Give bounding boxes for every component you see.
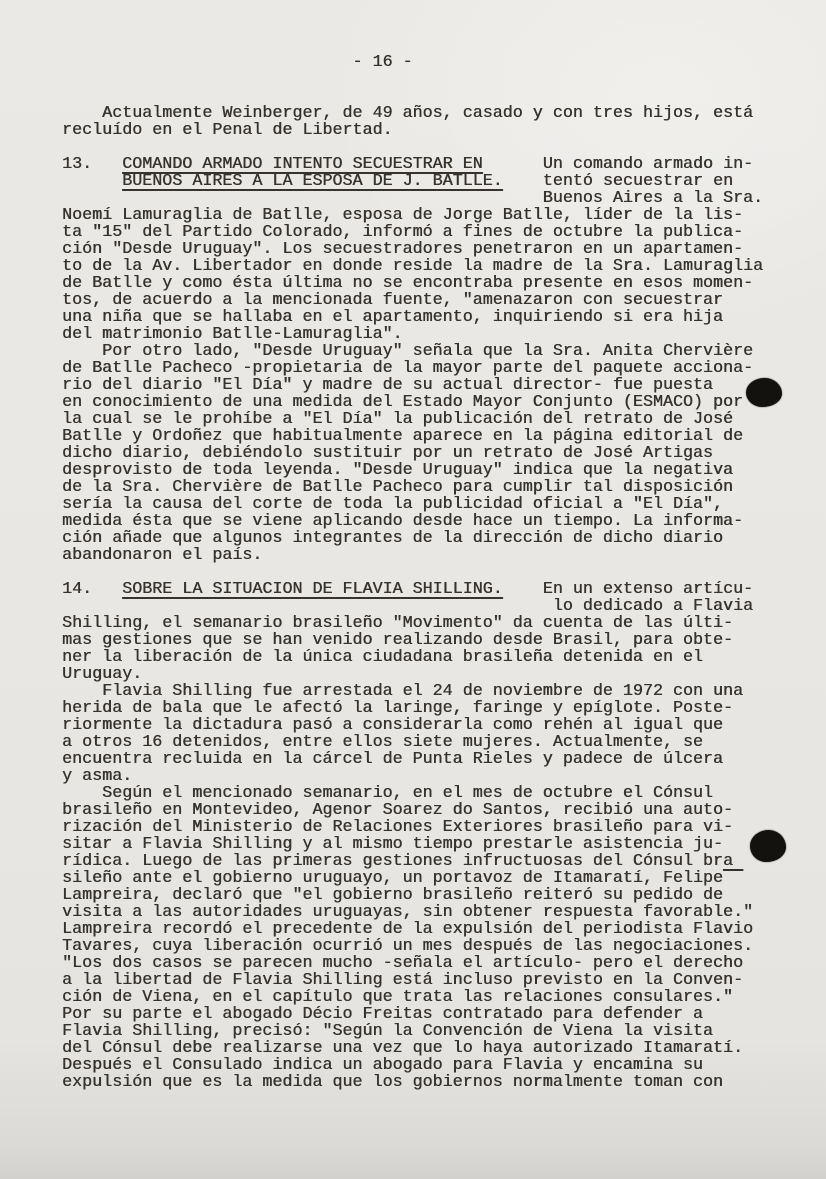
text-line: lo dedicado a Flavia <box>62 598 763 615</box>
text-line: una niña que se hallaba en el apartament… <box>62 309 763 326</box>
text-line: Batlle y Ordoñez que habitualmente apare… <box>62 428 763 445</box>
text-line: "Los dos casos se parecen mucho -señala … <box>62 955 763 972</box>
text-line: Por otro lado, "Desde Uruguay" señala qu… <box>62 343 763 360</box>
text-line: sileño ante el gobierno uruguayo, un por… <box>62 870 763 887</box>
ink-blot <box>750 830 786 862</box>
text-line: ción añade que algunos integrantes de la… <box>62 530 763 547</box>
text-line: dicho diario, debiéndolo sustituir por u… <box>62 445 763 462</box>
text-line <box>62 71 763 88</box>
text-line: Flavia Shilling fue arrestada el 24 de n… <box>62 683 763 700</box>
text-line <box>62 139 763 156</box>
text-line: Actualmente Weinberger, de 49 años, casa… <box>62 105 763 122</box>
text-line: visita a las autoridades uruguayas, sin … <box>62 904 763 921</box>
text-line: Lampreira, declaró que "el gobierno bras… <box>62 887 763 904</box>
text-line: Noemí Lamuraglia de Batlle, esposa de Jo… <box>62 207 763 224</box>
page-text: - 16 - Actualmente Weinberger, de 49 año… <box>62 54 763 1091</box>
text-line: de Batlle Pacheco -propietaria de la may… <box>62 360 763 377</box>
text-line: ta "15" del Partido Colorado, informó a … <box>62 224 763 241</box>
ink-blot <box>746 378 782 407</box>
text-line <box>62 88 763 105</box>
text-line: Lampreira recordó el precedente de la ex… <box>62 921 763 938</box>
text-line: y asma. <box>62 768 763 785</box>
text-line: Según el mencionado semanario, en el mes… <box>62 785 763 802</box>
text-line: medida ésta que se viene aplicando desde… <box>62 513 763 530</box>
page-number: - 16 - <box>62 54 763 71</box>
text-line: Flavia Shilling, precisó: "Según la Conv… <box>62 1023 763 1040</box>
text-line: a la libertad de Flavia Shilling está in… <box>62 972 763 989</box>
section-14-heading-line: 14. SOBRE LA SITUACION DE FLAVIA SHILLIN… <box>62 581 763 598</box>
text-line: sitar a Flavia Shilling y al mismo tiemp… <box>62 836 763 853</box>
text-line: ción de Viena, en el capítulo que trata … <box>62 989 763 1006</box>
text-line: brasileño en Montevideo, Agenor Soarez d… <box>62 802 763 819</box>
text-line: mas gestiones que se han venido realizan… <box>62 632 763 649</box>
text-line <box>62 564 763 581</box>
text-line: Buenos Aires a la Sra. <box>62 190 763 207</box>
text-line: desprovisto de toda leyenda. "Desde Urug… <box>62 462 763 479</box>
text-line: del matrimonio Batlle-Lamuraglia". <box>62 326 763 343</box>
text-line: rídica. Luego de las primeras gestiones … <box>62 853 763 870</box>
text-line: encuentra recluida en la cárcel de Punta… <box>62 751 763 768</box>
text-line: Shilling, el semanario brasileño "Movime… <box>62 615 763 632</box>
document-page: - 16 - Actualmente Weinberger, de 49 año… <box>0 0 826 1179</box>
text-line: expulsión que es la medida que los gobie… <box>62 1074 763 1091</box>
text-line: abandonaron el país. <box>62 547 763 564</box>
text-line: herida de bala que le afectó la laringe,… <box>62 700 763 717</box>
section-13-heading-line: BUENOS AIRES A LA ESPOSA DE J. BATLLE. t… <box>62 173 763 190</box>
text-line: a otros 16 detenidos, entre ellos siete … <box>62 734 763 751</box>
text-line: Después el Consulado indica un abogado p… <box>62 1057 763 1074</box>
text-line: Por su parte el abogado Décio Freitas co… <box>62 1006 763 1023</box>
text-line: riormente la dictadura pasó a considerar… <box>62 717 763 734</box>
text-line: en conocimiento de una medida del Estado… <box>62 394 763 411</box>
text-line: to de la Av. Libertador en donde reside … <box>62 258 763 275</box>
text-line: ner la liberación de la única ciudadana … <box>62 649 763 666</box>
text-line: de la Sra. Chervière de Batlle Pacheco p… <box>62 479 763 496</box>
text-line: la cual se le prohíbe a "El Día" la publ… <box>62 411 763 428</box>
text-line: recluído en el Penal de Libertad. <box>62 122 763 139</box>
text-line: Tavares, cuya liberación ocurrió un mes … <box>62 938 763 955</box>
text-line: tos, de acuerdo a la mencionada fuente, … <box>62 292 763 309</box>
text-line: Uruguay. <box>62 666 763 683</box>
section-13-heading-line: 13. COMANDO ARMADO INTENTO SECUESTRAR EN… <box>62 156 763 173</box>
text-line: sería la causa del corte de toda la publ… <box>62 496 763 513</box>
text-line: rización del Ministerio de Relaciones Ex… <box>62 819 763 836</box>
text-line: rio del diario "El Día" y madre de su ac… <box>62 377 763 394</box>
text-line: del Cónsul debe realizarse una vez que l… <box>62 1040 763 1057</box>
text-line: ción "Desde Uruguay". Los secuestradores… <box>62 241 763 258</box>
text-line: de Batlle y como ésta última no se encon… <box>62 275 763 292</box>
